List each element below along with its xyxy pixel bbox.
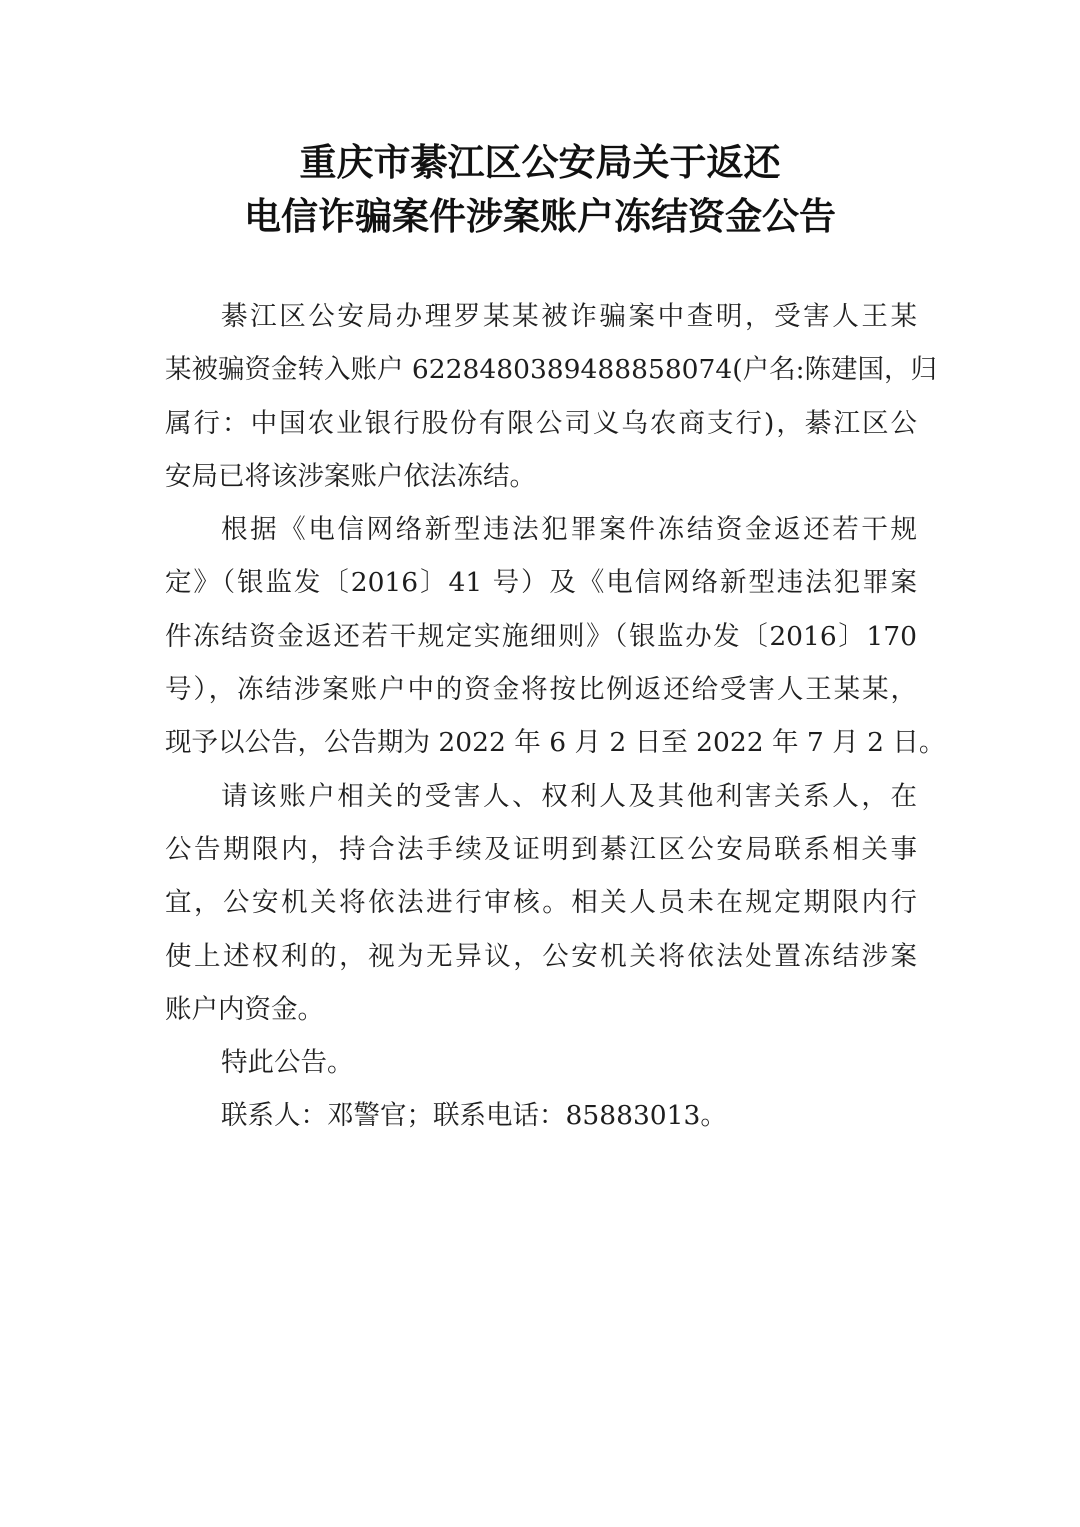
text-line: 属行：中国农业银行股份有限公司义乌农商支行)，綦江区公 bbox=[165, 397, 917, 450]
text-line: 定》（银监发〔2016〕41 号）及《电信网络新型违法犯罪案 bbox=[165, 556, 917, 609]
text-line: 件冻结资金返还若干规定实施细则》（银监办发〔2016〕170 bbox=[165, 610, 917, 663]
paragraph-contact: 联系人：邓警官；联系电话：85883013。 bbox=[165, 1089, 917, 1142]
text-line: 使上述权利的，视为无异议，公安机关将依法处置冻结涉案 bbox=[165, 930, 917, 983]
text-line: 某被骗资金转入账户 6228480389488858074(户名:陈建国，归 bbox=[165, 343, 917, 396]
contact-line: 联系人：邓警官；联系电话：85883013。 bbox=[165, 1089, 917, 1142]
text-line: 綦江区公安局办理罗某某被诈骗案中查明，受害人王某 bbox=[165, 290, 917, 343]
text-line: 特此公告。 bbox=[165, 1036, 917, 1089]
text-line: 宜，公安机关将依法进行审核。相关人员未在规定期限内行 bbox=[165, 876, 917, 929]
text-line: 根据《电信网络新型违法犯罪案件冻结资金返还若干规 bbox=[165, 503, 917, 556]
paragraph-legal-basis: 根据《电信网络新型违法犯罪案件冻结资金返还若干规 定》（银监发〔2016〕41 … bbox=[165, 503, 917, 769]
notice-page: 重庆市綦江区公安局关于返还 电信诈骗案件涉案账户冻结资金公告 綦江区公安局办理罗… bbox=[0, 0, 1080, 1527]
text-line: 请该账户相关的受害人、权利人及其他利害关系人，在 bbox=[165, 770, 917, 823]
text-line: 号），冻结涉案账户中的资金将按比例返还给受害人王某某， bbox=[165, 663, 917, 716]
title-line-2: 电信诈骗案件涉案账户冻结资金公告 bbox=[0, 189, 1080, 243]
text-line: 安局已将该涉案账户依法冻结。 bbox=[165, 450, 917, 503]
paragraph-claim-instructions: 请该账户相关的受害人、权利人及其他利害关系人，在 公告期限内，持合法手续及证明到… bbox=[165, 770, 917, 1036]
text-line: 账户内资金。 bbox=[165, 983, 917, 1036]
text-line: 现予以公告，公告期为 2022 年 6 月 2 日至 2022 年 7 月 2 … bbox=[165, 716, 917, 769]
title-line-1: 重庆市綦江区公安局关于返还 bbox=[0, 135, 1080, 189]
notice-body: 綦江区公安局办理罗某某被诈骗案中查明，受害人王某 某被骗资金转入账户 62284… bbox=[165, 290, 917, 1143]
text-line: 公告期限内，持合法手续及证明到綦江区公安局联系相关事 bbox=[165, 823, 917, 876]
paragraph-case-facts: 綦江区公安局办理罗某某被诈骗案中查明，受害人王某 某被骗资金转入账户 62284… bbox=[165, 290, 917, 503]
notice-title: 重庆市綦江区公安局关于返还 电信诈骗案件涉案账户冻结资金公告 bbox=[0, 135, 1080, 243]
paragraph-closing: 特此公告。 bbox=[165, 1036, 917, 1089]
